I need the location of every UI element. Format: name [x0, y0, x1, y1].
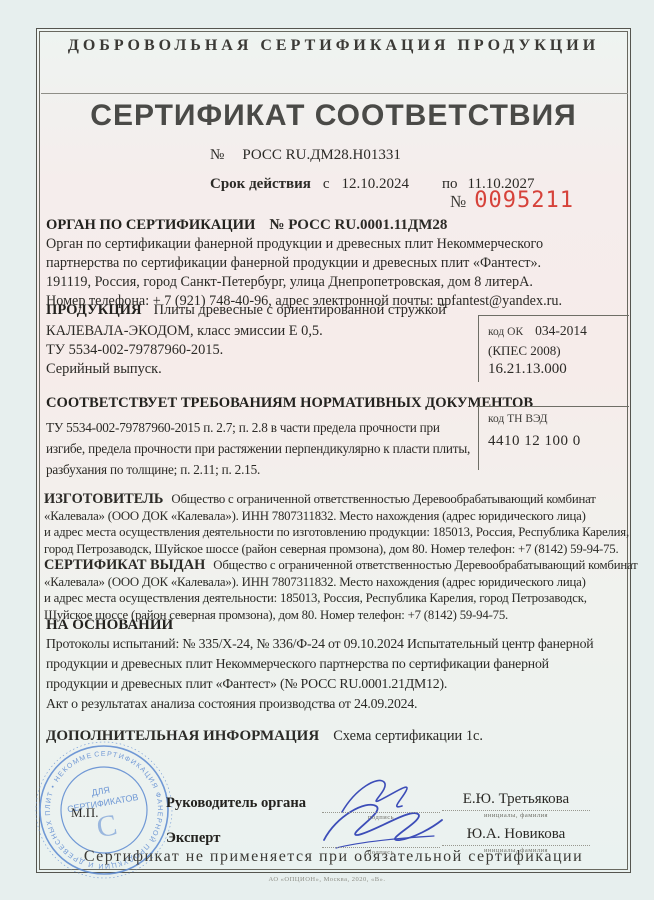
head-of-body-label: Руководитель органа [166, 795, 306, 812]
basis-line: продукции и древесных плит Некоммерческо… [46, 654, 593, 674]
printing-house-imprint: АО «ОПЦИОН», Москва, 2020, «В». [0, 876, 654, 883]
mp-seal-label: М.П. [71, 805, 98, 821]
certificate-title: СЕРТИФИКАТ СООТВЕТСТВИЯ [36, 99, 631, 133]
basis-line: Протоколы испытаний: № 335/Х-24, № 336/Ф… [46, 634, 593, 654]
issued-to-first-line: СЕРТИФИКАТ ВЫДАНОбщество с ограниченной … [44, 557, 638, 574]
manufacturer-line: «Калевала» (ООО ДОК «Калевала»). ИНН 780… [44, 508, 629, 525]
certification-body-line: 191119, Россия, город Санкт-Петербург, у… [46, 273, 562, 292]
ok-code-box: код ОК 034-2014 (КПЕС 2008) 16.21.13.000 [478, 315, 629, 382]
expert-label: Эксперт [166, 830, 220, 847]
manufacturer-label: ИЗГОТОВИТЕЛЬ [44, 491, 163, 507]
blank-number-row: № 0095211 [450, 188, 574, 213]
ok-code-number: 16.21.13.000 [488, 361, 629, 378]
header-separator [41, 93, 628, 94]
validity-from-row: Срок действия с 12.10.2024 [210, 176, 409, 193]
head-name-line [442, 810, 590, 811]
tnved-code-value: 4410 12 100 0 [488, 433, 629, 450]
head-signature-line [322, 812, 440, 813]
validity-label: Срок действия [210, 176, 311, 193]
product-label: ПРОДУКЦИЯ [46, 302, 142, 319]
product-line: КАЛЕВАЛА-ЭКОДОМ, класс эмиссии Е 0,5. [46, 322, 323, 341]
basis-line: Акт о результатах анализа состояния прои… [46, 694, 593, 714]
registration-number-row: № РОСС RU.ДМ28.Н01331 [210, 147, 401, 164]
certification-body-label: ОРГАН ПО СЕРТИФИКАЦИИ [46, 217, 255, 234]
basis-line: продукции и древесных плит «Фантест» (№ … [46, 674, 593, 694]
certification-body-details: Орган по сертификации фанерной продукции… [46, 235, 562, 311]
issued-to-details: СЕРТИФИКАТ ВЫДАНОбщество с ограниченной … [44, 557, 638, 623]
ok-code-row: код ОК 034-2014 [488, 322, 629, 340]
basis-heading: НА ОСНОВАНИИ [46, 617, 173, 634]
manufacturer-first-line: ИЗГОТОВИТЕЛЬОбщество с ограниченной отве… [44, 491, 629, 508]
head-name-caption: инициалы, фамилия [442, 812, 590, 819]
blank-number-value: 0095211 [474, 188, 574, 213]
issued-to-line: и адрес места осуществления деятельности… [44, 590, 638, 607]
issued-to-label: СЕРТИФИКАТ ВЫДАН [44, 557, 205, 573]
voluntary-certification-title: ДОБРОВОЛЬНАЯ СЕРТИФИКАЦИЯ ПРОДУКЦИИ [36, 37, 631, 55]
product-name: Плиты древесные с ориентированной стружк… [154, 302, 446, 319]
conformity-line: разбухания по толщине; п. 2.11; п. 2.15. [46, 459, 470, 480]
product-line: ТУ 5534-002-79787960-2015. [46, 341, 323, 360]
blank-number-sign: № [450, 192, 466, 212]
ok-code-kpes: (КПЕС 2008) [488, 343, 629, 359]
registration-number-sign: № [210, 147, 224, 164]
basis-details: Протоколы испытаний: № 335/Х-24, № 336/Ф… [46, 634, 593, 714]
manufacturer-line: город Петрозаводск, Шуйское шоссе (район… [44, 541, 629, 558]
manufacturer-line: и адрес места осуществления деятельности… [44, 524, 629, 541]
validity-from-date: 12.10.2024 [342, 176, 410, 193]
tnved-code-box: код ТН ВЭД 4410 12 100 0 [478, 406, 629, 470]
tnved-code-label: код ТН ВЭД [488, 413, 629, 425]
issued-to-line: Общество с ограниченной ответственностью… [213, 558, 637, 572]
product-heading-row: ПРОДУКЦИЯ Плиты древесные с ориентирован… [46, 302, 446, 319]
conformity-line: ТУ 5534-002-79787960-2015 п. 2.7; п. 2.8… [46, 417, 470, 438]
head-signature-caption: подпись [322, 814, 440, 821]
expert-name: Ю.А. Новикова [442, 826, 590, 843]
product-details: КАЛЕВАЛА-ЭКОДОМ, класс эмиссии Е 0,5. ТУ… [46, 322, 323, 379]
validity-from-label: с [323, 176, 330, 193]
additional-info-text: Схема сертификации 1с. [333, 728, 483, 745]
stamp-center-line1: ДЛЯ [91, 785, 111, 798]
ok-code-label: код ОК [488, 326, 523, 338]
certification-body-line: Орган по сертификации фанерной продукции… [46, 235, 562, 254]
conformity-details: ТУ 5534-002-79787960-2015 п. 2.7; п. 2.8… [46, 417, 470, 480]
conformity-heading: СООТВЕТСТВУЕТ ТРЕБОВАНИЯМ НОРМАТИВНЫХ ДО… [46, 395, 533, 412]
certificate-page: ДОБРОВОЛЬНАЯ СЕРТИФИКАЦИЯ ПРОДУКЦИИ СЕРТ… [0, 0, 654, 900]
head-name: Е.Ю. Третьякова [442, 791, 590, 808]
product-line: Серийный выпуск. [46, 360, 323, 379]
registration-number-value: РОСС RU.ДМ28.Н01331 [242, 147, 401, 164]
expert-name-line [442, 845, 590, 846]
certification-body-heading: ОРГАН ПО СЕРТИФИКАЦИИ № РОСС RU.0001.11Д… [46, 217, 447, 234]
certification-body-number: № РОСС RU.0001.11ДМ28 [269, 217, 447, 234]
issued-to-line: «Калевала» (ООО ДОК «Калевала»). ИНН 780… [44, 574, 638, 591]
ok-code-value: 034-2014 [535, 323, 587, 338]
manufacturer-line: Общество с ограниченной ответственностью… [171, 492, 595, 506]
conformity-line: изгибе, предела прочности при растяжении… [46, 438, 470, 459]
certification-body-line: партнерства по сертификации фанерной про… [46, 254, 562, 273]
manufacturer-details: ИЗГОТОВИТЕЛЬОбщество с ограниченной отве… [44, 491, 629, 557]
not-for-mandatory-certification-note: Сертификат не применяется при обязательн… [36, 848, 631, 866]
